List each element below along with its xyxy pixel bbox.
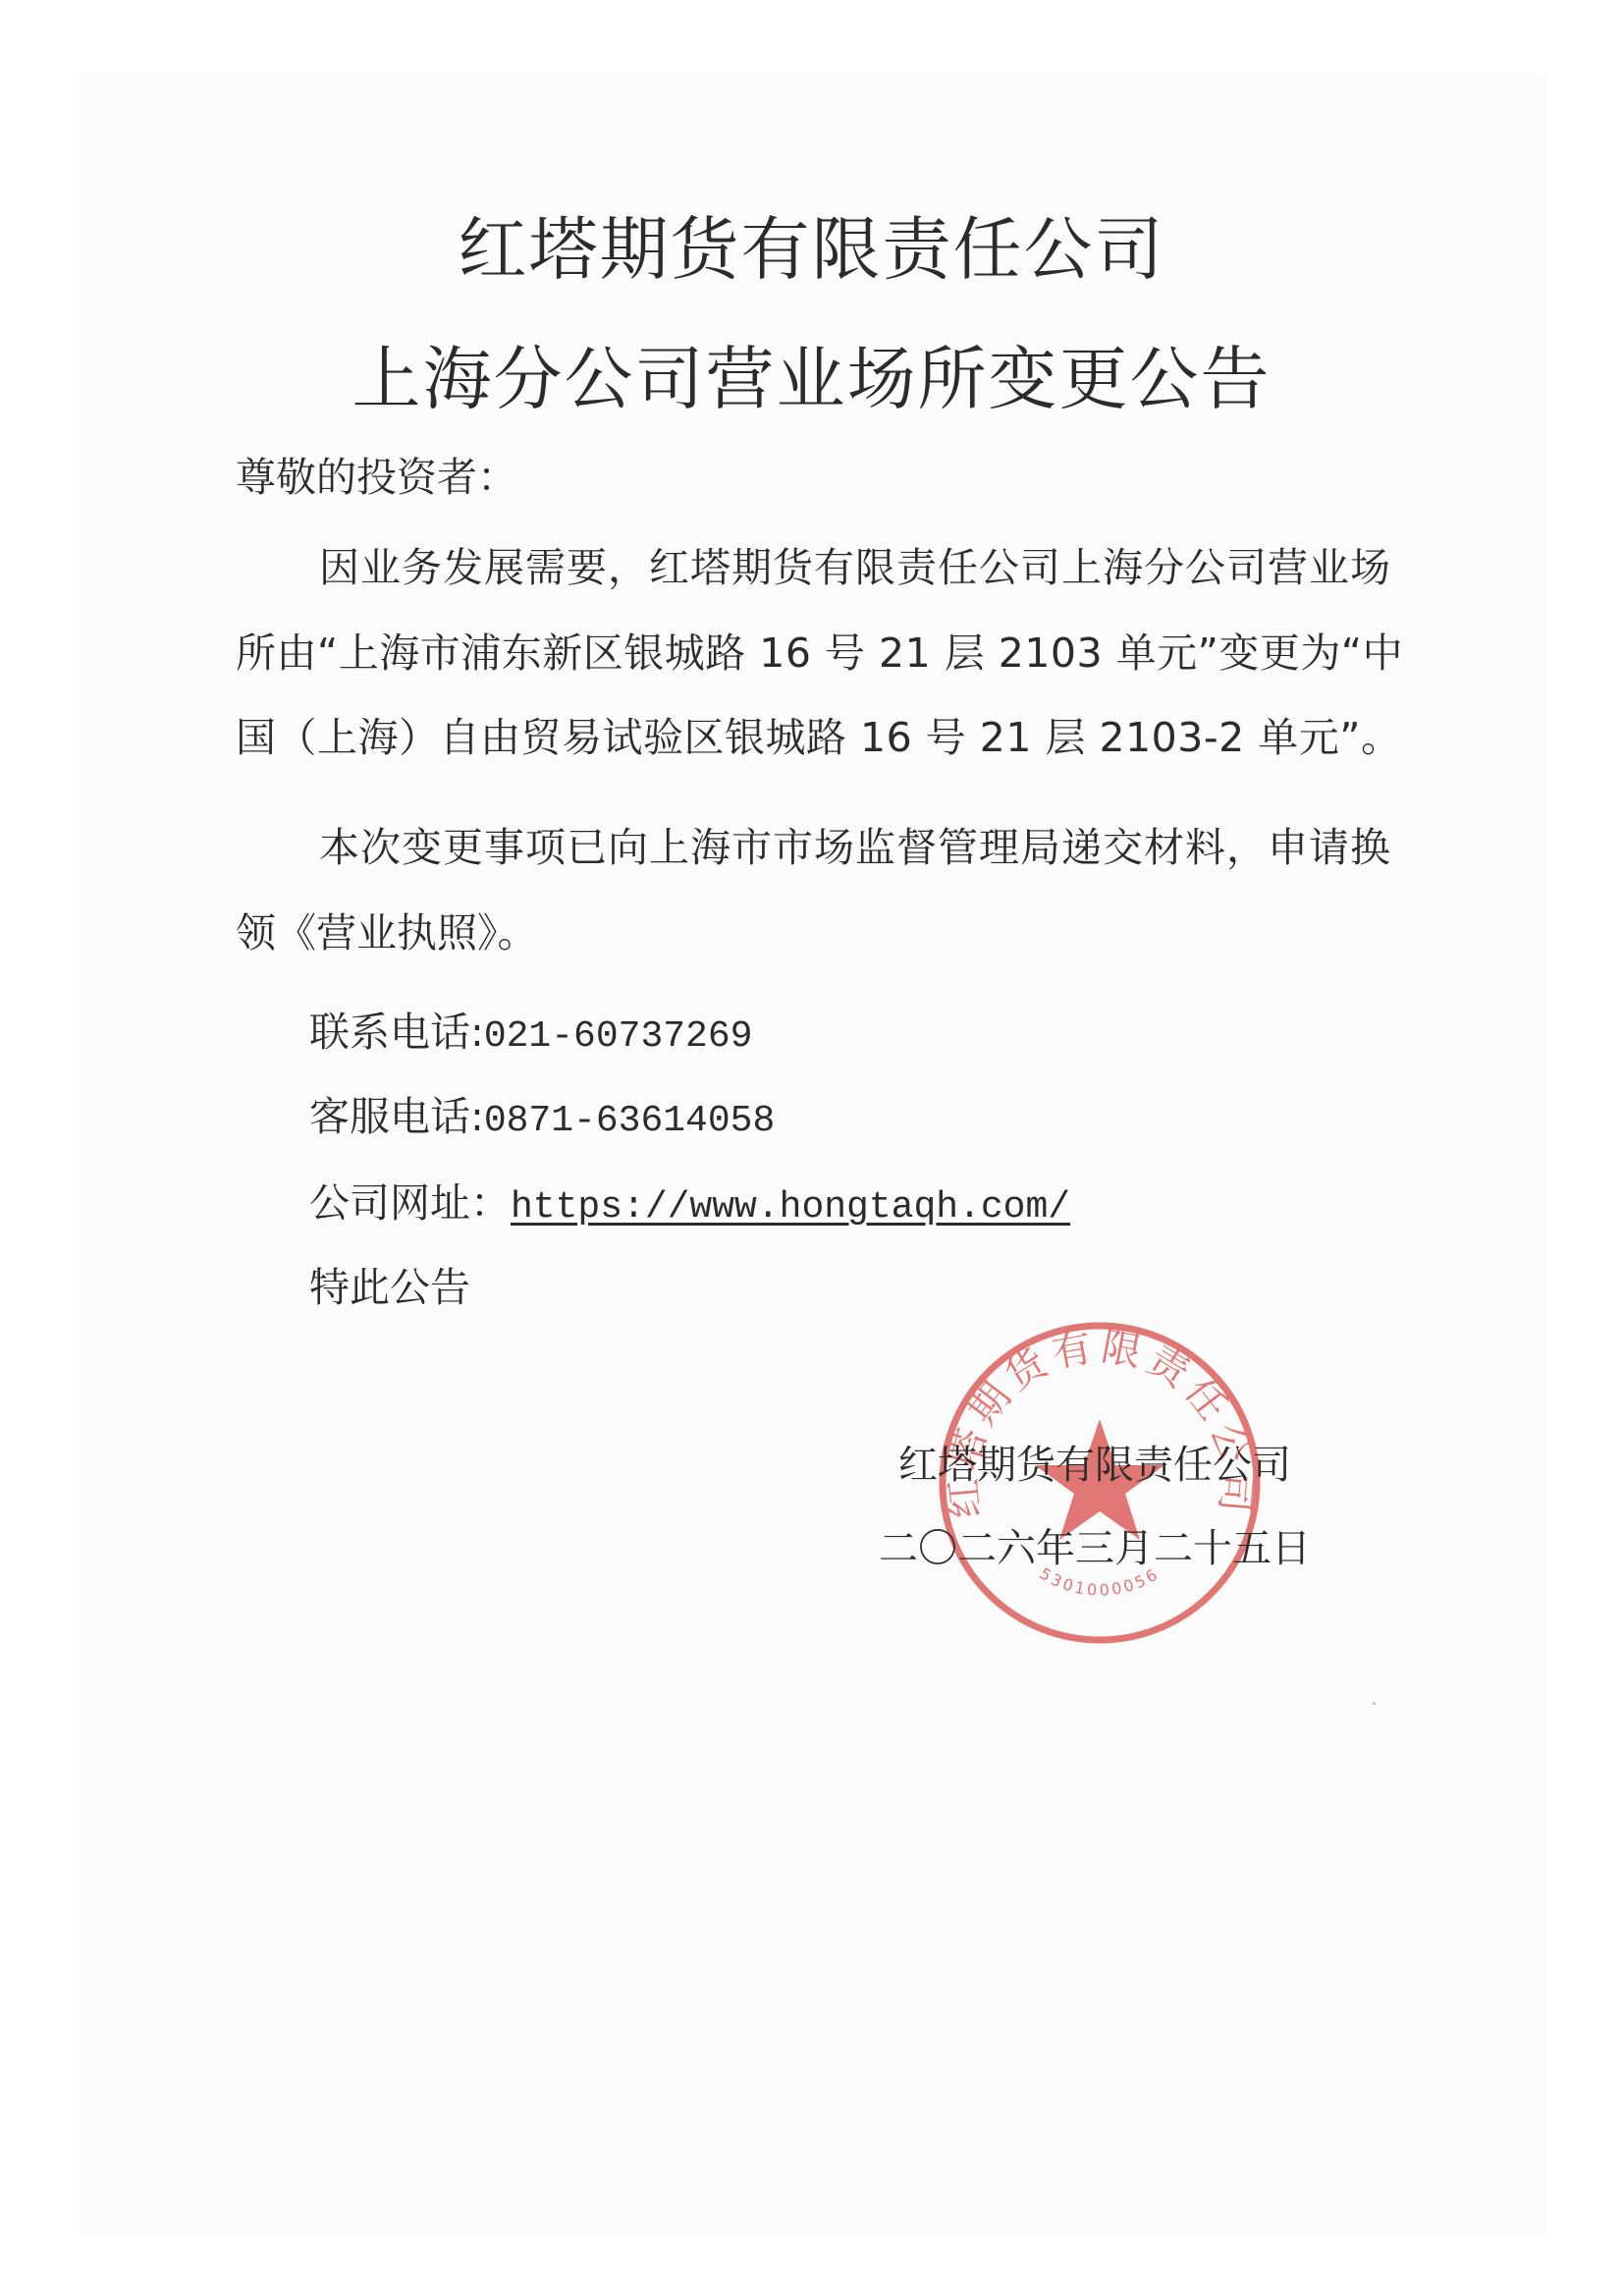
website-link[interactable]: https://www.hongtaqh.com/ [511, 1186, 1070, 1229]
paragraph1-line1: 因业务发展需要，红塔期货有限责任公司上海分公司营业场 [319, 535, 1391, 593]
title-company: 红塔期货有限责任公司 [0, 194, 1623, 294]
customer-service-phone: 客服电话:0871-63614058 [309, 1084, 775, 1142]
signature-date: 二〇二六年三月二十五日 [879, 1517, 1311, 1573]
website-label: 公司网址： [309, 1179, 511, 1227]
scan-speck [1373, 1702, 1376, 1705]
company-website: 公司网址：https://www.hongtaqh.com/ [309, 1171, 1070, 1229]
closing-statement: 特此公告 [309, 1255, 470, 1313]
contact-phone-value: 021-60737269 [484, 1015, 753, 1058]
service-phone-label: 客服电话: [309, 1093, 484, 1140]
paragraph2-line2: 领《营业执照》。 [236, 901, 538, 958]
paragraph1-line3: 国（上海）自由贸易试验区银城路 16 号 21 层 2103-2 单元”。 [236, 705, 1402, 763]
paragraph1-line2: 所由“上海市浦东新区银城路 16 号 21 层 2103 单元”变更为“中 [236, 621, 1403, 679]
salutation: 尊敬的投资者： [236, 445, 517, 503]
contact-phone-label: 联系电话: [309, 1009, 484, 1056]
signature-company: 红塔期货有限责任公司 [898, 1434, 1291, 1490]
service-phone-value: 0871-63614058 [484, 1100, 775, 1142]
title-announcement: 上海分公司营业场所变更公告 [0, 324, 1623, 423]
contact-phone: 联系电话:021-60737269 [309, 1000, 752, 1058]
paragraph2-line1: 本次变更事项已向上海市市场监督管理局递交材料，申请换 [319, 815, 1391, 873]
